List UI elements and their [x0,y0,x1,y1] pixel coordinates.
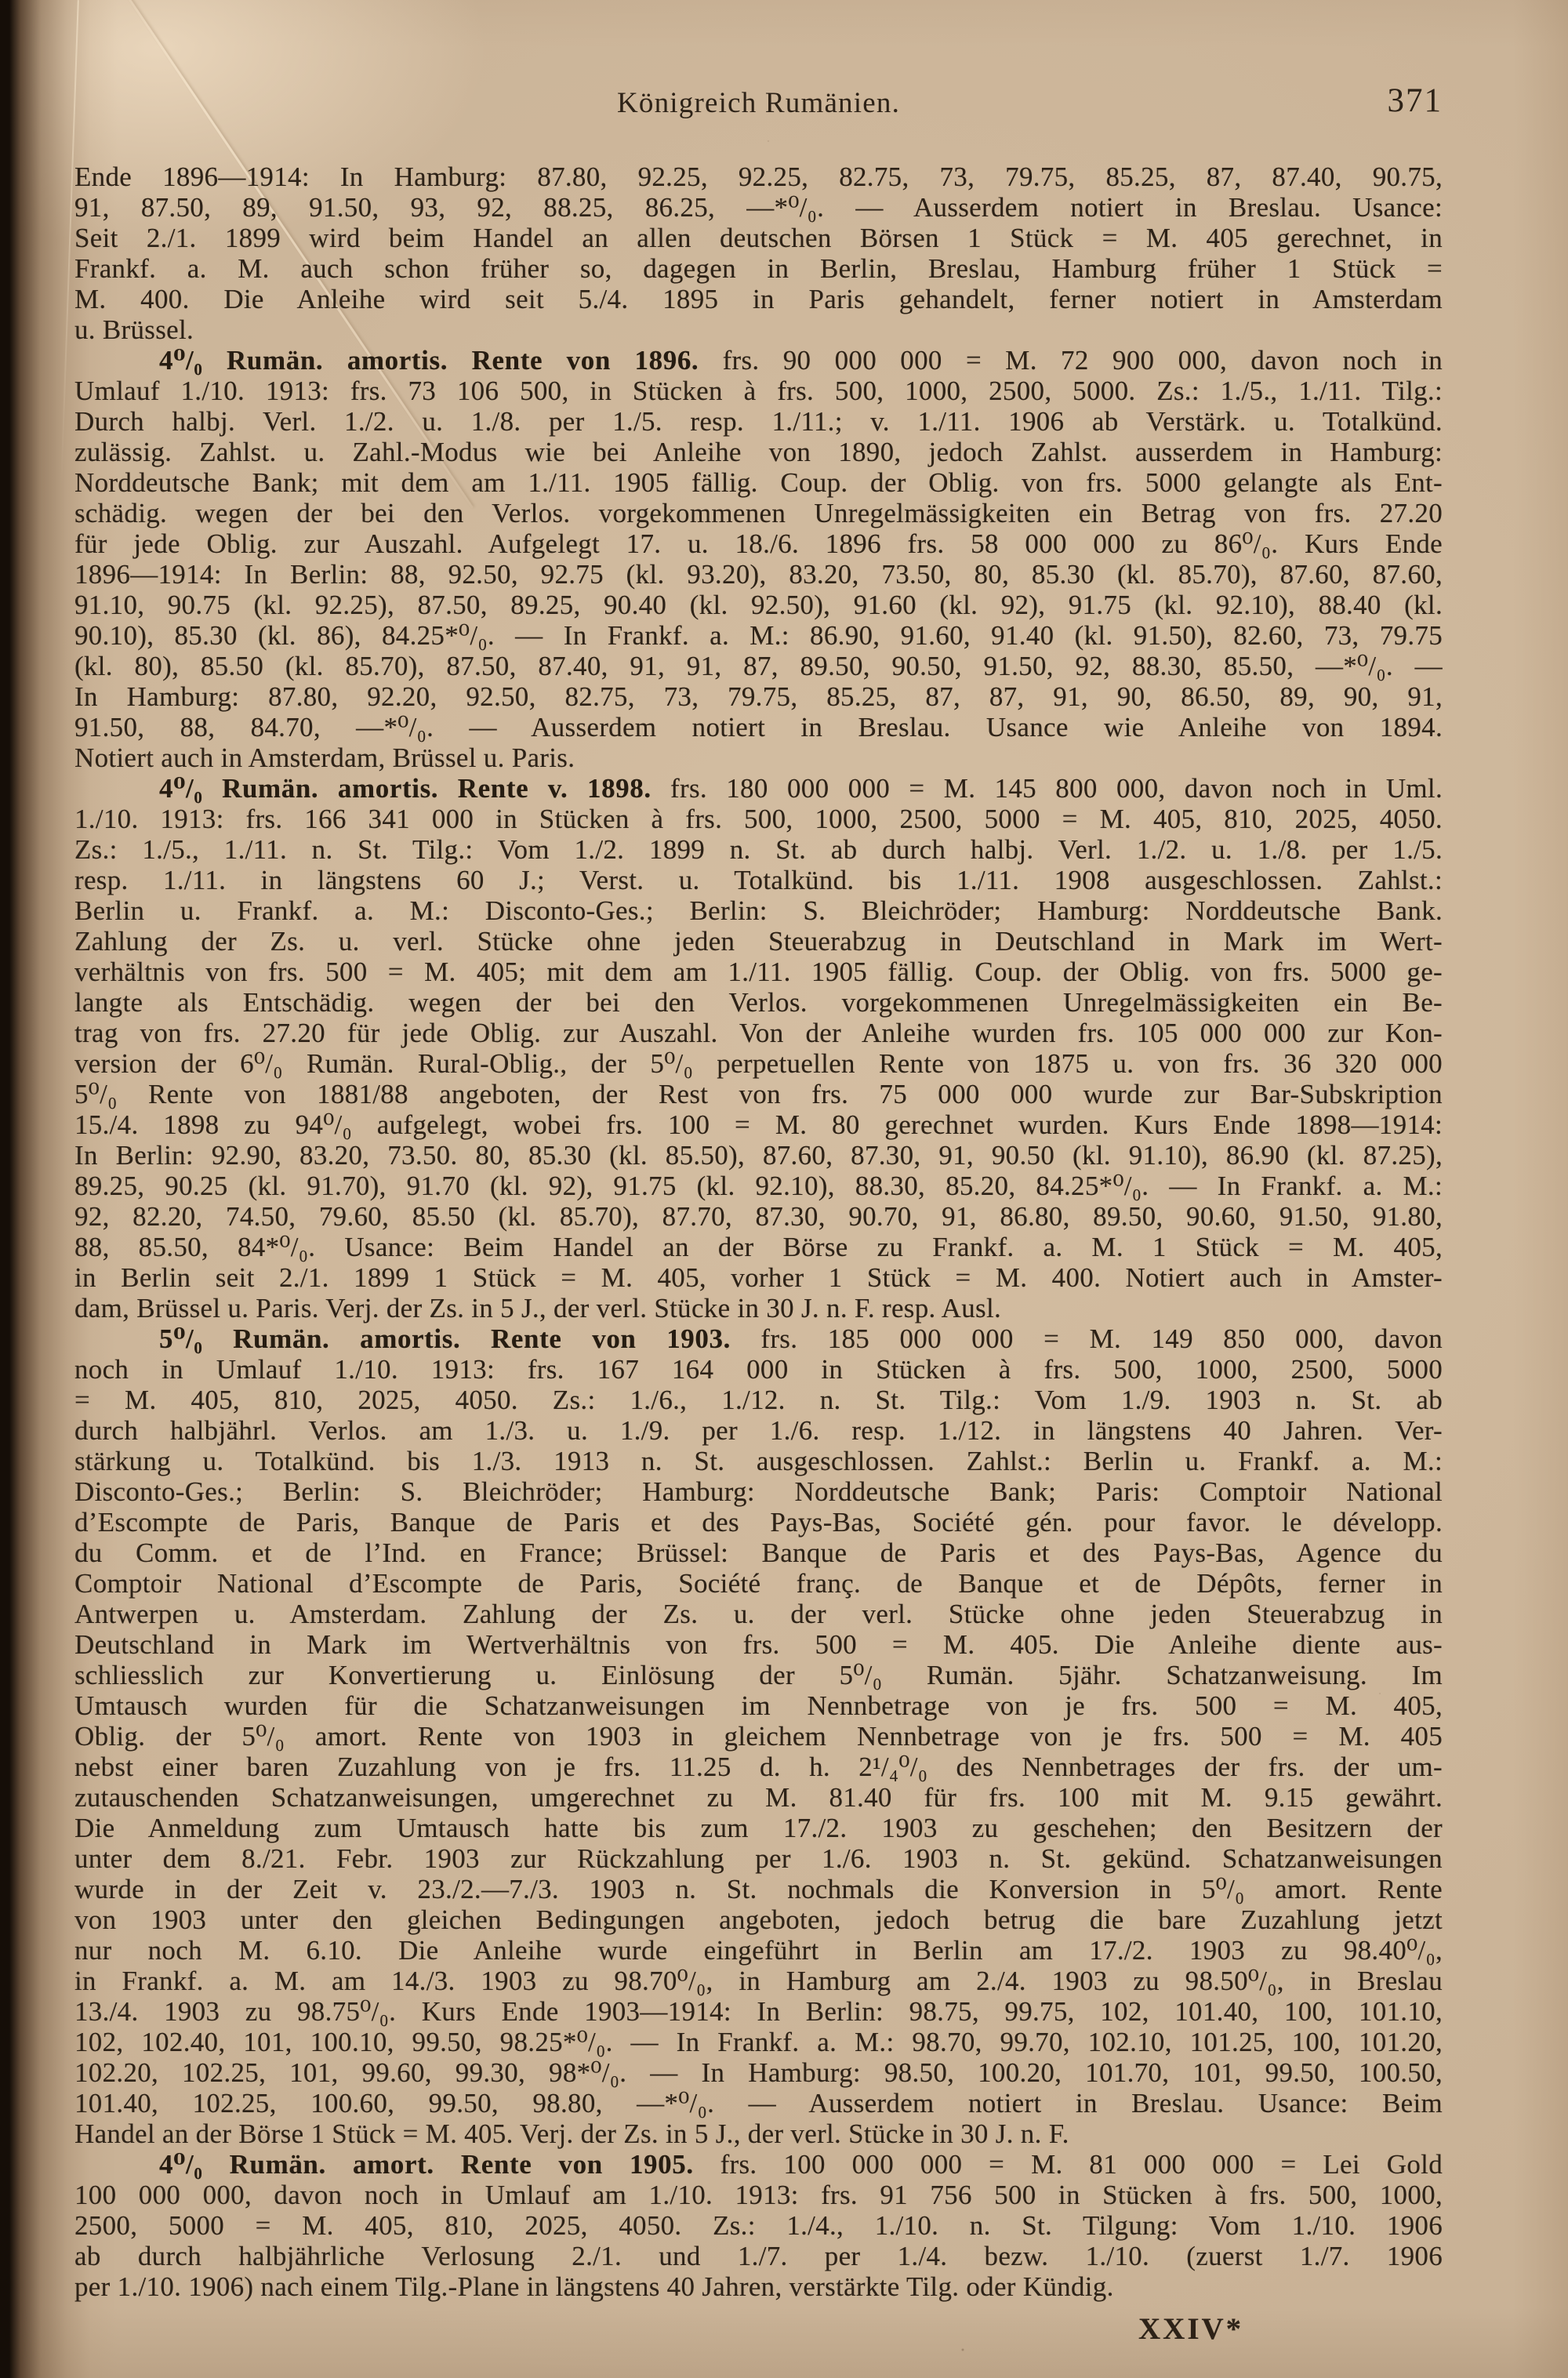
sheet-signature: XXIV* [1138,2311,1243,2347]
text-line: Norddeutsche Bank; mit dem am 1./11. 190… [74,467,1443,498]
text-line: Oblig. der 5⁰/₀ amort. Rente von 1903 in… [74,1721,1443,1752]
text-line: 88, 85.50, 84*⁰/₀. Usance: Beim Handel a… [74,1232,1443,1262]
text-line: Seit 2./1. 1899 wird beim Handel an alle… [74,223,1443,253]
text-line: In Hamburg: 87.80, 92.20, 92.50, 82.75, … [74,681,1443,712]
text-line: Die Anmeldung zum Umtausch hatte bis zum… [74,1813,1443,1843]
text-line: zulässig. Zahlst. u. Zahl.-Modus wie bei… [74,437,1443,467]
bond-heading: 4⁰/₀ Rumän. amort. Rente von 1905. [159,2149,694,2180]
text-line: Notiert auch in Amsterdam, Brüssel u. Pa… [74,742,1443,773]
text-line: dam, Brüssel u. Paris. Verj. der Zs. in … [74,1293,1443,1323]
book-page: Königreich Rumänien. 371 Ende 1896—1914:… [0,0,1568,2378]
text-line: resp. 1./11. in längstens 60 J.; Verst. … [74,865,1443,895]
text-line: ab durch halbjährliche Verlosung 2./1. u… [74,2241,1443,2271]
text-line: 102, 102.40, 101, 100.10, 99.50, 98.25*⁰… [74,2027,1443,2057]
page-number: 371 [1270,82,1443,120]
text-line: 1896—1914: In Berlin: 88, 92.50, 92.75 (… [74,559,1443,590]
text-line: 91.50, 88, 84.70, —*⁰/₀. — Ausserdem not… [74,712,1443,742]
text-line: noch in Umlauf 1./10. 1913: frs. 167 164… [74,1354,1443,1385]
text-line: langte als Entschädig. wegen der bei den… [74,987,1443,1018]
text-line: trag von frs. 27.20 für jede Oblig. zur … [74,1018,1443,1048]
text-block: Ende 1896—1914: In Hamburg: 87.80, 92.25… [74,162,1443,2302]
text-line: In Berlin: 92.90, 83.20, 73.50. 80, 85.3… [74,1140,1443,1171]
text-line: nur noch M. 6.10. Die Anleihe wurde eing… [74,1935,1443,1966]
text-line: Comptoir National d’Escompte de Paris, S… [74,1568,1443,1599]
text-line: stärkung u. Totalkünd. bis 1./3. 1913 n.… [74,1446,1443,1476]
text-line: du Comm. et de l’Ind. en France; Brüssel… [74,1538,1443,1568]
text-line: nebst einer baren Zuzahlung von je frs. … [74,1752,1443,1782]
text-line: 89.25, 90.25 (kl. 91.70), 91.70 (kl. 92)… [74,1171,1443,1201]
text-line: Disconto-Ges.; Berlin: S. Bleichröder; H… [74,1476,1443,1507]
text-line: in Berlin seit 2./1. 1899 1 Stück = M. 4… [74,1262,1443,1293]
text-line: per 1./10. 1906) nach einem Tilg.-Plane … [74,2271,1443,2302]
text-line: (kl. 80), 85.50 (kl. 85.70), 87.50, 87.4… [74,651,1443,681]
text-line: = M. 405, 810, 2025, 4050. Zs.: 1./6., 1… [74,1385,1443,1415]
bond-paragraph-start-line: 4⁰/₀ Rumän. amortis. Rente v. 1898. frs.… [74,773,1443,804]
text-line: 2500, 5000 = M. 405, 810, 2025, 4050. Zs… [74,2210,1443,2241]
text-line: 1./10. 1913: frs. 166 341 000 in Stücken… [74,804,1443,834]
text-line: Frankf. a. M. auch schon früher so, dage… [74,253,1443,284]
text-line: von 1903 unter den gleichen Bedingungen … [74,1904,1443,1935]
text-line: Durch halbj. Verl. 1./2. u. 1./8. per 1.… [74,406,1443,437]
text-line: Handel an der Börse 1 Stück = M. 405. Ve… [74,2118,1443,2149]
text-line: Berlin u. Frankf. a. M.: Disconto-Ges.; … [74,895,1443,926]
text-line: für jede Oblig. zur Auszahl. Aufgelegt 1… [74,528,1443,559]
running-title: Königreich Rumänien. [74,86,1443,120]
bond-paragraph-start-line: 4⁰/₀ Rumän. amortis. Rente von 1896. frs… [74,345,1443,376]
text-line: in Frankf. a. M. am 14./3. 1903 zu 98.70… [74,1966,1443,1996]
text-line: wurde in der Zeit v. 23./2.—7./3. 1903 n… [74,1874,1443,1904]
text-line: Deutschland in Mark im Wertverhältnis vo… [74,1629,1443,1660]
bond-heading: 4⁰/₀ Rumän. amortis. Rente v. 1898. [159,773,652,804]
text-line: 100 000 000, davon noch in Umlauf am 1./… [74,2180,1443,2210]
bond-paragraph-start-line: 5⁰/₀ Rumän. amortis. Rente von 1903. frs… [74,1323,1443,1354]
text-line: d’Escompte de Paris, Banque de Paris et … [74,1507,1443,1538]
text-line: 91.10, 90.75 (kl. 92.25), 87.50, 89.25, … [74,590,1443,620]
text-line: unter dem 8./21. Febr. 1903 zur Rückzahl… [74,1843,1443,1874]
text-line: Antwerpen u. Amsterdam. Zahlung der Zs. … [74,1599,1443,1629]
text-line: version der 6⁰/₀ Rumän. Rural-Oblig., de… [74,1048,1443,1079]
text-line: 92, 82.20, 74.50, 79.60, 85.50 (kl. 85.7… [74,1201,1443,1232]
text-line: schädig. wegen der bei den Verlos. vorge… [74,498,1443,528]
text-line: durch halbjährl. Verlos. am 1./3. u. 1./… [74,1415,1443,1446]
bond-heading: 4⁰/₀ Rumän. amortis. Rente von 1896. [159,345,699,376]
bond-heading: 5⁰/₀ Rumän. amortis. Rente von 1903. [159,1323,731,1354]
text-line: Umlauf 1./10. 1913: frs. 73 106 500, in … [74,376,1443,406]
text-line: Zs.: 1./5., 1./11. n. St. Tilg.: Vom 1./… [74,834,1443,865]
text-line: 102.20, 102.25, 101, 99.60, 99.30, 98*⁰/… [74,2057,1443,2088]
text-line: Zahlung der Zs. u. verl. Stücke ohne jed… [74,926,1443,957]
text-line: 90.10), 85.30 (kl. 86), 84.25*⁰/₀. — In … [74,620,1443,651]
text-line: 101.40, 102.25, 100.60, 99.50, 98.80, —*… [74,2088,1443,2118]
bond-paragraph-start-line: 4⁰/₀ Rumän. amort. Rente von 1905. frs. … [74,2149,1443,2180]
text-line: verhältnis von frs. 500 = M. 405; mit de… [74,957,1443,987]
text-line: Ende 1896—1914: In Hamburg: 87.80, 92.25… [74,162,1443,192]
text-line: schliesslich zur Konvertierung u. Einlös… [74,1660,1443,1690]
text-line: 5⁰/₀ Rente von 1881/88 angeboten, der Re… [74,1079,1443,1109]
text-line: Umtausch wurden für die Schatzanweisunge… [74,1690,1443,1721]
text-line: M. 400. Die Anleihe wird seit 5./4. 1895… [74,284,1443,314]
text-line: 15./4. 1898 zu 94⁰/₀ aufgelegt, wobei fr… [74,1109,1443,1140]
text-line: 91, 87.50, 89, 91.50, 93, 92, 88.25, 86.… [74,192,1443,223]
text-line: 13./4. 1903 zu 98.75⁰/₀. Kurs Ende 1903—… [74,1996,1443,2027]
text-line: u. Brüssel. [74,314,1443,345]
text-line: zutauschenden Schatzanweisungen, umgerec… [74,1782,1443,1813]
